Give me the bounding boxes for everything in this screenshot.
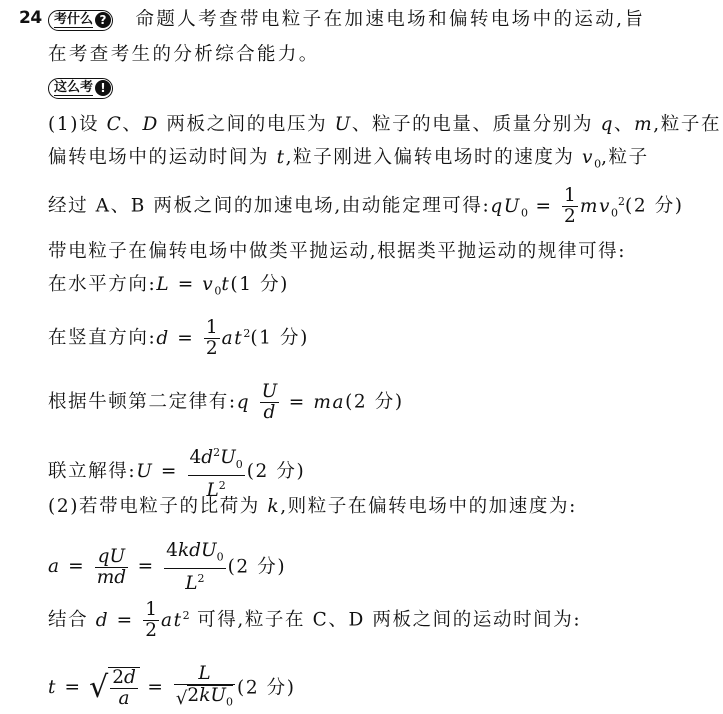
formula-kinetic-energy: qU0 = 12mv02	[490, 196, 625, 217]
formula-newton: q Ud = ma	[237, 392, 345, 413]
formula-vertical-ref: d = 12at2	[96, 610, 190, 631]
part1-line-7: 根据牛顿第二定律有:q Ud = ma(2 分)	[48, 382, 404, 423]
exclamation-icon: !	[95, 80, 111, 96]
badge-how-row: 这么考!	[48, 76, 113, 100]
part2-line-2: a = qUmd = 4kdU0L2(2 分)	[48, 541, 286, 594]
question-number: 24	[19, 8, 42, 28]
formula-time-result: t = √2da = L√2kU0	[48, 677, 237, 698]
part1-line-2: 偏转电场中的运动时间为 t,粒子刚进入偏转电场时的速度为 v0,粒子	[48, 146, 649, 177]
part2-line-3: 结合 d = 12at2 可得,粒子在 C、D 两板之间的运动时间为:	[48, 600, 581, 641]
badge-how-tested: 这么考!	[48, 78, 113, 99]
part1-line-3: 经过 A、B 两板之间的加速电场,由动能定理可得:qU0 = 12mv02(2 …	[48, 186, 684, 227]
part1-line-4: 带电粒子在偏转电场中做类平抛运动,根据类平抛运动的规律可得:	[48, 240, 626, 264]
intro-line-1: 考什么? 命题人考查带电粒子在加速电场和偏转电场中的运动,旨	[48, 8, 645, 32]
part1-line-8: 联立解得:U = 4d2U0L2(2 分)	[48, 443, 305, 501]
formula-horizontal: L = v0t	[156, 274, 230, 295]
badge-what-is-tested: 考什么?	[48, 10, 113, 31]
intro-line-2: 在考查考生的分析综合能力。	[48, 43, 320, 67]
question-mark-icon: ?	[95, 12, 111, 28]
formula-voltage-result: U = 4d2U0L2	[136, 461, 246, 482]
part2-line-4: t = √2da = L√2kU0(2 分)	[48, 664, 296, 713]
intro-text-1: 命题人考查带电粒子在加速电场和偏转电场中的运动,旨	[135, 9, 645, 30]
part1-line-6: 在竖直方向:d = 12at2(1 分)	[48, 318, 309, 359]
part1-line-5: 在水平方向:L = v0t(1 分)	[48, 273, 289, 304]
part1-line-1: (1)设 C、D 两板之间的电压为 U、粒子的电量、质量分别为 q、m,粒子在	[48, 113, 721, 137]
formula-acceleration: a = qUmd = 4kdU0L2	[48, 556, 228, 577]
formula-vertical: d = 12at2	[156, 328, 250, 349]
part2-line-1: (2)若带电粒子的比荷为 k,则粒子在偏转电场中的加速度为:	[48, 495, 577, 519]
